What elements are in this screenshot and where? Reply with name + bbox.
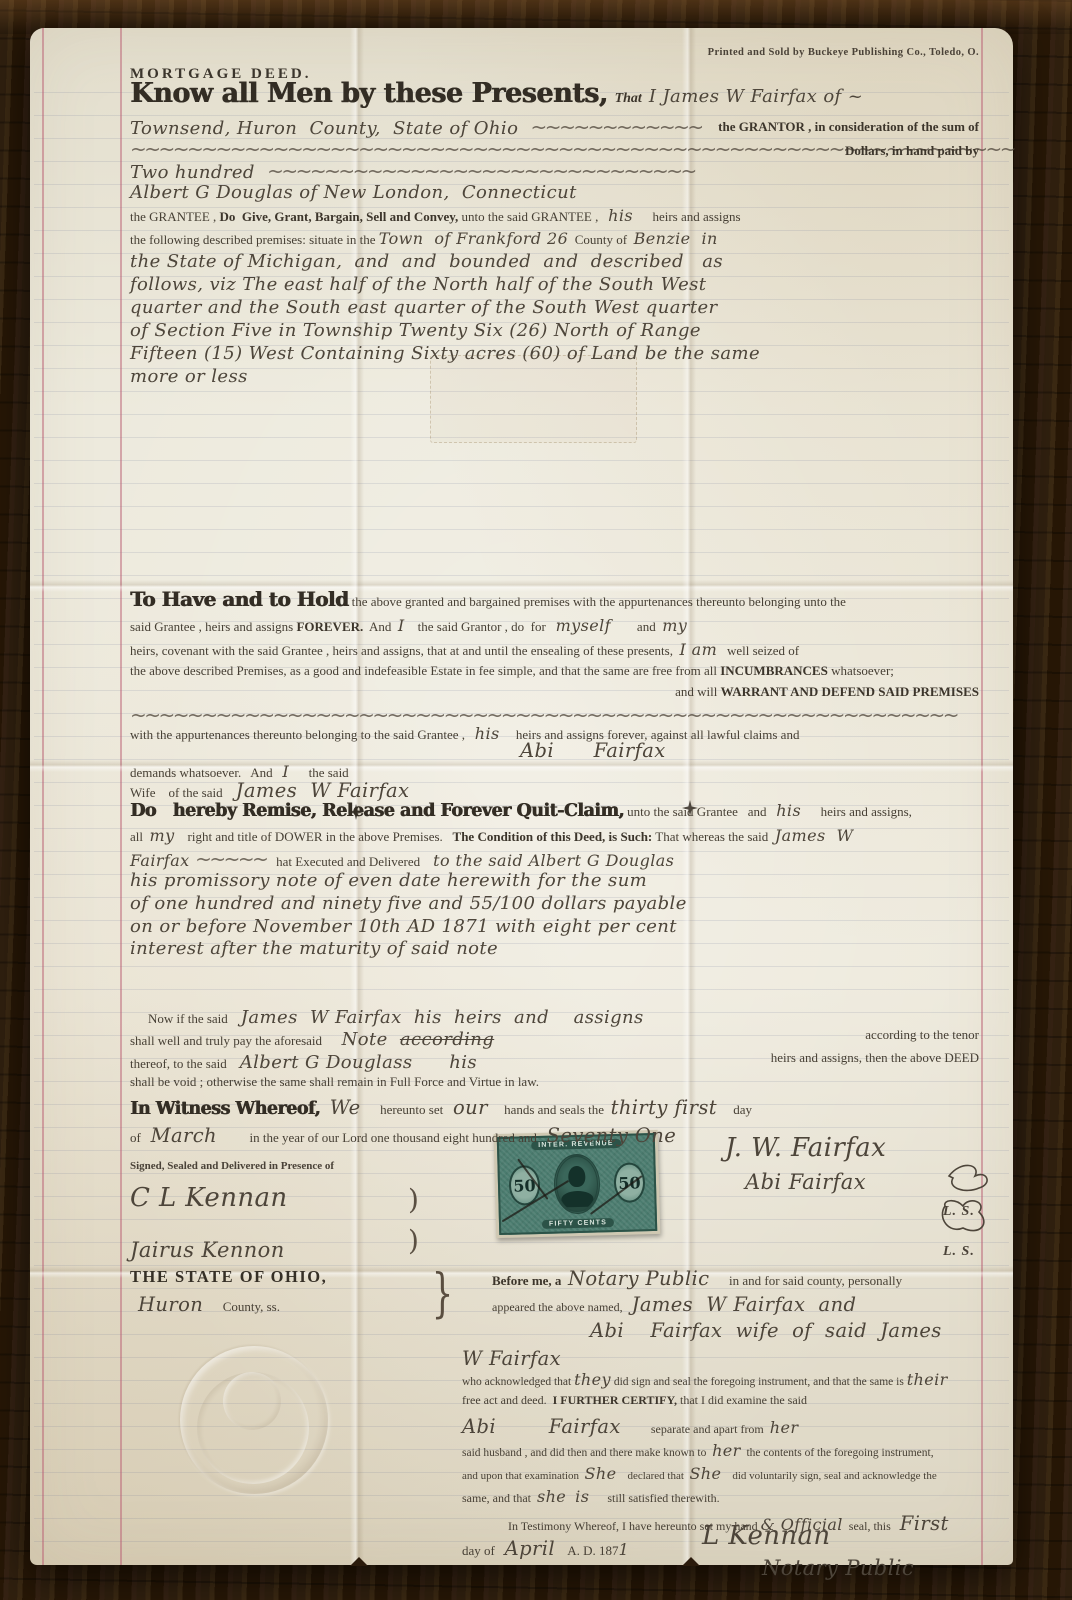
printed-text: L. S. [943,1244,975,1259]
doc-line-witness1: In Witness Whereof, We hereunto set our … [130,1097,986,1119]
handwritten-text: the State of Michigan, and and bounded a… [130,251,723,272]
printed-text: and will [675,684,721,699]
printed-text: did voluntarily sign, seal and acknowled… [721,1470,936,1482]
printed-text: hat Executed and Delivered [266,854,433,869]
doc-line-w_fairfax: W Fairfax [462,1348,561,1370]
printed-text: Do Give, Grant, Bargain, Sell and Convey… [220,209,459,224]
handwritten-text: Notary Public [762,1556,914,1580]
printed-text: THE STATE OF OHIO, [130,1267,327,1286]
printed-text: appeared the above named, [492,1300,632,1314]
handwritten-text: they [574,1370,611,1389]
printed-text: In Witness Whereof, [130,1099,320,1119]
printed-text: still satisfied therewith. [589,1491,719,1505]
doc-line-abi_wife: Abi Fairfax wife of said James [590,1320,942,1342]
doc-line-now4: shall be void ; otherwise the same shall… [130,1075,539,1090]
doc-line-hab2: said Grantee , heirs and assigns FOREVER… [130,617,986,635]
doc-line-ack5: and upon that examination She declared t… [462,1465,986,1483]
embossed-seal-ring [197,1372,309,1484]
handwritten-text: Townsend, Huron County, State of Ohio [130,118,531,139]
printed-text: hands and seals the [488,1102,611,1117]
embossed-seal-center [223,1372,281,1430]
printed-text: and upon that examination [462,1470,585,1482]
printed-text: heirs and assigns [633,209,741,224]
handwritten-text: his [475,724,500,743]
doc-line-cond5: interest after the maturity of said note [130,939,498,960]
handwritten-text: their [907,1370,948,1389]
doc-line-desc6: more or less [130,367,248,388]
doc-line-now3_right: heirs and assigns, then the above DEED [771,1051,979,1066]
printed-text: heirs and assigns, then the above DEED [771,1050,979,1065]
printed-text: I FURTHER CERTIFY, [553,1393,677,1407]
printed-text: thereof, to the said [130,1056,240,1071]
printed-text [566,1491,575,1505]
printed-text: unto the said GRANTEE , [458,209,608,224]
embossed-notary-seal [180,1346,328,1494]
witness-brace: ) [408,1183,419,1216]
printed-text: said husband , and did then and there ma… [462,1447,712,1459]
doc-line-quitclaim: Do hereby Remise, Release and Forever Qu… [130,801,986,821]
handwritten-text: my [150,826,175,845]
handwritten-text: our [453,1096,488,1119]
printed-text: unto the said Grantee and [624,804,776,819]
handwritten-text: his [608,206,633,225]
printed-text: The Condition of this Deed, is Such: [453,829,653,844]
printed-text: the following described premises: situat… [130,232,379,247]
doc-line-test2: day of April A. D. 1871 [462,1538,629,1560]
doc-line-wit_name2: Jairus Kennon [130,1238,285,1262]
handwritten-text: on or before November 10th AD 1871 with … [130,916,677,937]
doc-line-ack3: Abi Fairfax separate and apart from her [462,1416,986,1438]
handwritten-text: Note [342,1029,400,1050]
doc-line-amount: Two hundred ~~~~~~~~~~~~~~~~~~~~~~~~~~~~… [130,160,695,184]
printed-text: with the appurtenances thereunto belongi… [130,727,475,742]
handwritten-text: Benzie in [634,229,718,248]
printed-text: the contents of the foregoing instrument… [741,1447,934,1459]
printed-text: the above granted and bargained premises… [348,594,846,609]
printed-text: That whereas the said [652,829,775,844]
printed-text: that I did examine the said [677,1393,807,1407]
printed-text: the said Grantor , do for [405,619,556,634]
doc-line-warrant_right: and will WARRANT AND DEFEND SAID PREMISE… [675,685,979,700]
printed-text: County, ss. [203,1299,280,1314]
handwritten-text: her [770,1418,799,1437]
handwritten-text: Jairus Kennon [130,1238,285,1262]
doc-line-squiggle2: ~~~~~~~~~~~~~~~~~~~~~~~~~~~~~~~~~~~~~~~~… [130,704,957,727]
handwritten-text: C L Kennan [130,1183,288,1213]
handwritten-text: First [900,1512,949,1535]
doc-line-ls1: L. S. [943,1204,975,1220]
doc-line-habendum: To Have and to Hold the above granted an… [130,588,986,611]
handwritten-text: W Fairfax [462,1347,561,1370]
printed-text: Signed, Sealed and Delivered in Presence… [130,1160,334,1172]
doc-line-county: Huron County, ss. [138,1294,280,1316]
printed-text: Printed and Sold by Buckeye Publishing C… [708,47,979,58]
handwritten-text: myself [556,616,611,635]
printed-text: day [717,1102,752,1117]
printed-text: Before me, a [492,1273,568,1288]
handwritten-text: I [398,616,405,635]
printed-text: and [611,619,662,634]
doc-line-desc3: quarter and the South east quarter of th… [130,298,718,319]
printed-text: according to the tenor [865,1027,979,1042]
handwritten-text: to the said Albert G Douglas [433,851,674,870]
printed-text: Do hereby Remise, Release and Forever Qu… [130,801,624,821]
printed-text: of [130,1130,151,1145]
doc-line-cond2: his promissory note of even date herewit… [130,871,647,892]
handwritten-text: Albert G Douglas of New London, Connecti… [130,182,577,203]
doc-line-dollars_right: Dollars, in hand paid by [845,144,979,159]
handwritten-text: quarter and the South east quarter of th… [130,297,718,318]
handwritten-text: interest after the maturity of said note [130,938,498,959]
handwritten-text: James W Fairfax [236,779,410,802]
doc-line-grantee_name: Albert G Douglas of New London, Connecti… [130,183,577,204]
handwritten-text: 1 [619,1540,630,1559]
handwritten-text: Abi Fairfax [462,1415,621,1438]
witness-brace: ) [408,1224,419,1257]
doc-line-ack2: free act and deed. I FURTHER CERTIFY, th… [462,1394,986,1408]
printed-text: demands whatsoever. And [130,765,282,780]
ink-squiggle: ~~~~~~~~~~~~ [531,115,702,139]
handwritten-text: L Kennan [702,1521,831,1551]
doc-line-cond1: Fairfax ~~~~~ hat Executed and Delivered… [130,848,674,871]
handwritten-text: more or less [130,366,248,387]
handwritten-text: of one hundred and ninety five and 55/10… [130,893,687,914]
printed-text: heirs, covenant with the said Grantee , … [130,643,679,658]
printed-text: said Grantee , heirs and assigns [130,619,296,634]
deed-paper: INTER. REVENUE 50 50 FIFTY CENTS } ) ) P… [30,28,1013,1565]
handwritten-text: Huron [138,1293,203,1316]
handwritten-text: her [712,1441,741,1460]
printed-text: same, and that [462,1491,537,1505]
handwritten-text: Abi Fairfax [520,739,666,762]
printed-text: declared that [616,1470,689,1482]
printed-text: A. D. 187 [555,1543,619,1558]
handwritten-text: Abi Fairfax [745,1170,866,1194]
handwritten-text: Seventy One [547,1124,677,1147]
printed-text: all [130,829,150,844]
printed-text: in the year of our Lord one thousand eig… [217,1130,547,1145]
printed-text: County of [568,232,633,247]
printed-text: heirs and assigns, [801,804,912,819]
handwritten-text: James W Fairfax his heirs and assigns [241,1007,644,1028]
portrait-head [568,1166,586,1187]
doc-line-ack1: who acknowledged that they did sign and … [462,1371,986,1389]
printed-text: separate and apart from [621,1422,770,1436]
printed-text: did sign and seal the foregoing instrume… [611,1376,907,1388]
printed-text: the GRANTEE , [130,209,220,224]
printed-text: hereunto set [361,1102,453,1117]
printed-text: shall be void ; otherwise the same shall… [130,1074,539,1089]
doc-line-before: Before me, a Notary Public in and for sa… [492,1268,986,1290]
doc-line-state: THE STATE OF OHIO, [130,1268,327,1287]
handwritten-text: of Section Five in Township Twenty Six (… [130,320,701,341]
doc-line-wit_name1: C L Kennan [130,1184,288,1214]
state-brace: } [432,1264,454,1324]
doc-line-ls2: L. S. [943,1244,975,1260]
printed-text: To Have and to Hold [130,587,348,611]
handwritten-text: James W Fairfax and [632,1293,857,1316]
doc-line-dower: all my right and title of DOWER in the a… [130,827,986,845]
margin-line-left-outer [42,28,44,1565]
printed-text: whatsoever; [828,663,894,678]
doc-line-desc2: follows, viz The east half of the North … [130,275,706,296]
printed-text: in and for said county, personally [710,1273,903,1288]
printed-text: the said [289,765,349,780]
handwritten-text: J. W. Fairfax [725,1133,886,1163]
handwritten-text: I James W Fairfax of ~ [649,86,863,107]
doc-line-desc1: the State of Michigan, and and bounded a… [130,252,723,273]
handwritten-text: She [689,1464,721,1483]
doc-line-presence: Signed, Sealed and Delivered in Presence… [130,1158,334,1173]
printed-text: seal, this [843,1519,900,1533]
printed-text: the above described Premises, as a good … [130,663,720,678]
handwritten-text: his [776,801,801,820]
printed-text: FOREVER. [296,619,363,634]
handwritten-text: April [505,1537,555,1560]
handwritten-text: March [151,1124,217,1147]
handwritten-text: James W [775,826,854,845]
doc-line-cond4: on or before November 10th AD 1871 with … [130,917,677,938]
photo-background: INTER. REVENUE 50 50 FIFTY CENTS } ) ) P… [0,0,1072,1600]
doc-line-wife_line: Wife of the said James W Fairfax [130,780,409,802]
handwritten-text: We [330,1096,361,1119]
margin-line-left-inner [120,28,122,1565]
printed-text: L. S. [943,1204,975,1219]
portrait-shoulders [561,1191,593,1208]
doc-line-sig_abi: Abi Fairfax [745,1170,866,1194]
doc-line-grantor_right: the GRANTOR , in consideration of the su… [718,120,979,135]
doc-line-hab4: the above described Premises, as a good … [130,664,986,679]
doc-line-know: Know all Men by these Presents, That I J… [130,78,863,109]
doc-line-ack4: said husband , and did then and there ma… [462,1442,986,1460]
printed-text: right and title of DOWER in the above Pr… [175,829,453,844]
handwritten-text: I am [679,640,717,659]
printed-text: Dollars, in hand paid by [845,143,979,158]
printed-text: day of [462,1543,505,1558]
doc-line-abi_above: Abi Fairfax [520,740,666,762]
handwritten-text: Town of Frankford 26 [379,229,568,248]
printed-text: And [363,619,398,634]
handwritten-text: Abi Fairfax wife of said James [590,1319,942,1342]
handwritten-text: Fairfax [130,851,195,870]
ink-squiggle: ~~~~~ [195,847,266,871]
handwritten-text: Fifteen (15) West Containing Sixty acres… [130,343,760,364]
revenue-stamp-design: INTER. REVENUE 50 50 FIFTY CENTS [497,1133,658,1235]
printed-text: That [608,91,649,106]
doc-line-premises_clause: the following described premises: situat… [130,230,986,248]
printed-text: well seized of [717,643,799,658]
handwritten-text: thirty first [611,1096,717,1119]
printed-text: Now if the said [148,1011,241,1026]
printed-text: the GRANTOR , in consideration of the su… [718,119,979,134]
ghost-stamp-impression [430,355,637,443]
doc-line-sig_jw: J. W. Fairfax [725,1134,886,1164]
doc-line-desc5: Fifteen (15) West Containing Sixty acres… [130,344,760,365]
handwritten-text: Albert G Douglass his [240,1052,477,1073]
handwritten-text: my [662,616,687,635]
stamp-bottom-banner: FIFTY CENTS [542,1218,614,1229]
handwritten-text: his promissory note of even date herewit… [130,870,647,891]
handwritten-text: Two hundred [130,162,267,183]
handwritten-text: follows, viz The east half of the North … [130,274,706,295]
printed-text: Wife of the said [130,785,236,800]
printed-text: WARRANT AND DEFEND SAID PREMISES [721,684,979,699]
printed-text [320,1102,330,1117]
handwritten-text: Notary Public [568,1267,710,1290]
printed-text: shall well and truly pay the aforesaid [130,1033,342,1048]
doc-line-tenor_right: according to the tenor [865,1028,979,1043]
handwritten-text: She [585,1464,617,1483]
handwritten-text: she [537,1487,566,1506]
doc-line-sig_notary: L Kennan [702,1522,831,1552]
ink-squiggle: ~~~~~~~~~~~~~~~~~~~~~~~~~~~~~~~~~~~~~~~~… [130,703,957,727]
doc-line-cond3: of one hundred and ninety five and 55/10… [130,894,687,915]
doc-line-now3: thereof, to the said Albert G Douglass h… [130,1053,477,1074]
printed-text: free act and deed. [462,1393,553,1407]
doc-line-desc4: of Section Five in Township Twenty Six (… [130,321,701,342]
ink-squiggle: ~~~~~~~~~~~~~~~~~~~~~~~~~~~~~~ [267,159,695,183]
doc-line-appeared: appeared the above named, James W Fairfa… [492,1294,986,1316]
doc-line-notary_title: Notary Public [762,1556,914,1580]
doc-line-now2: shall well and truly pay the aforesaid N… [130,1030,494,1051]
doc-line-ack6: same, and that she is still satisfied th… [462,1488,986,1506]
printed-text: who acknowledged that [462,1376,574,1388]
printed-text: Know all Men by these Presents, [130,78,608,109]
doc-line-hab3: heirs, covenant with the said Grantee , … [130,641,986,659]
margin-line-right [981,28,983,1565]
doc-line-now1: Now if the said James W Fairfax his heir… [148,1008,644,1029]
doc-line-grantee_clause: the GRANTEE , Do Give, Grant, Bargain, S… [130,207,986,225]
handwritten-text: according [400,1029,494,1050]
doc-line-pub: Printed and Sold by Buckeye Publishing C… [708,44,979,59]
handwritten-text: is [575,1487,589,1506]
printed-text: INCUMBRANCES [720,663,828,678]
